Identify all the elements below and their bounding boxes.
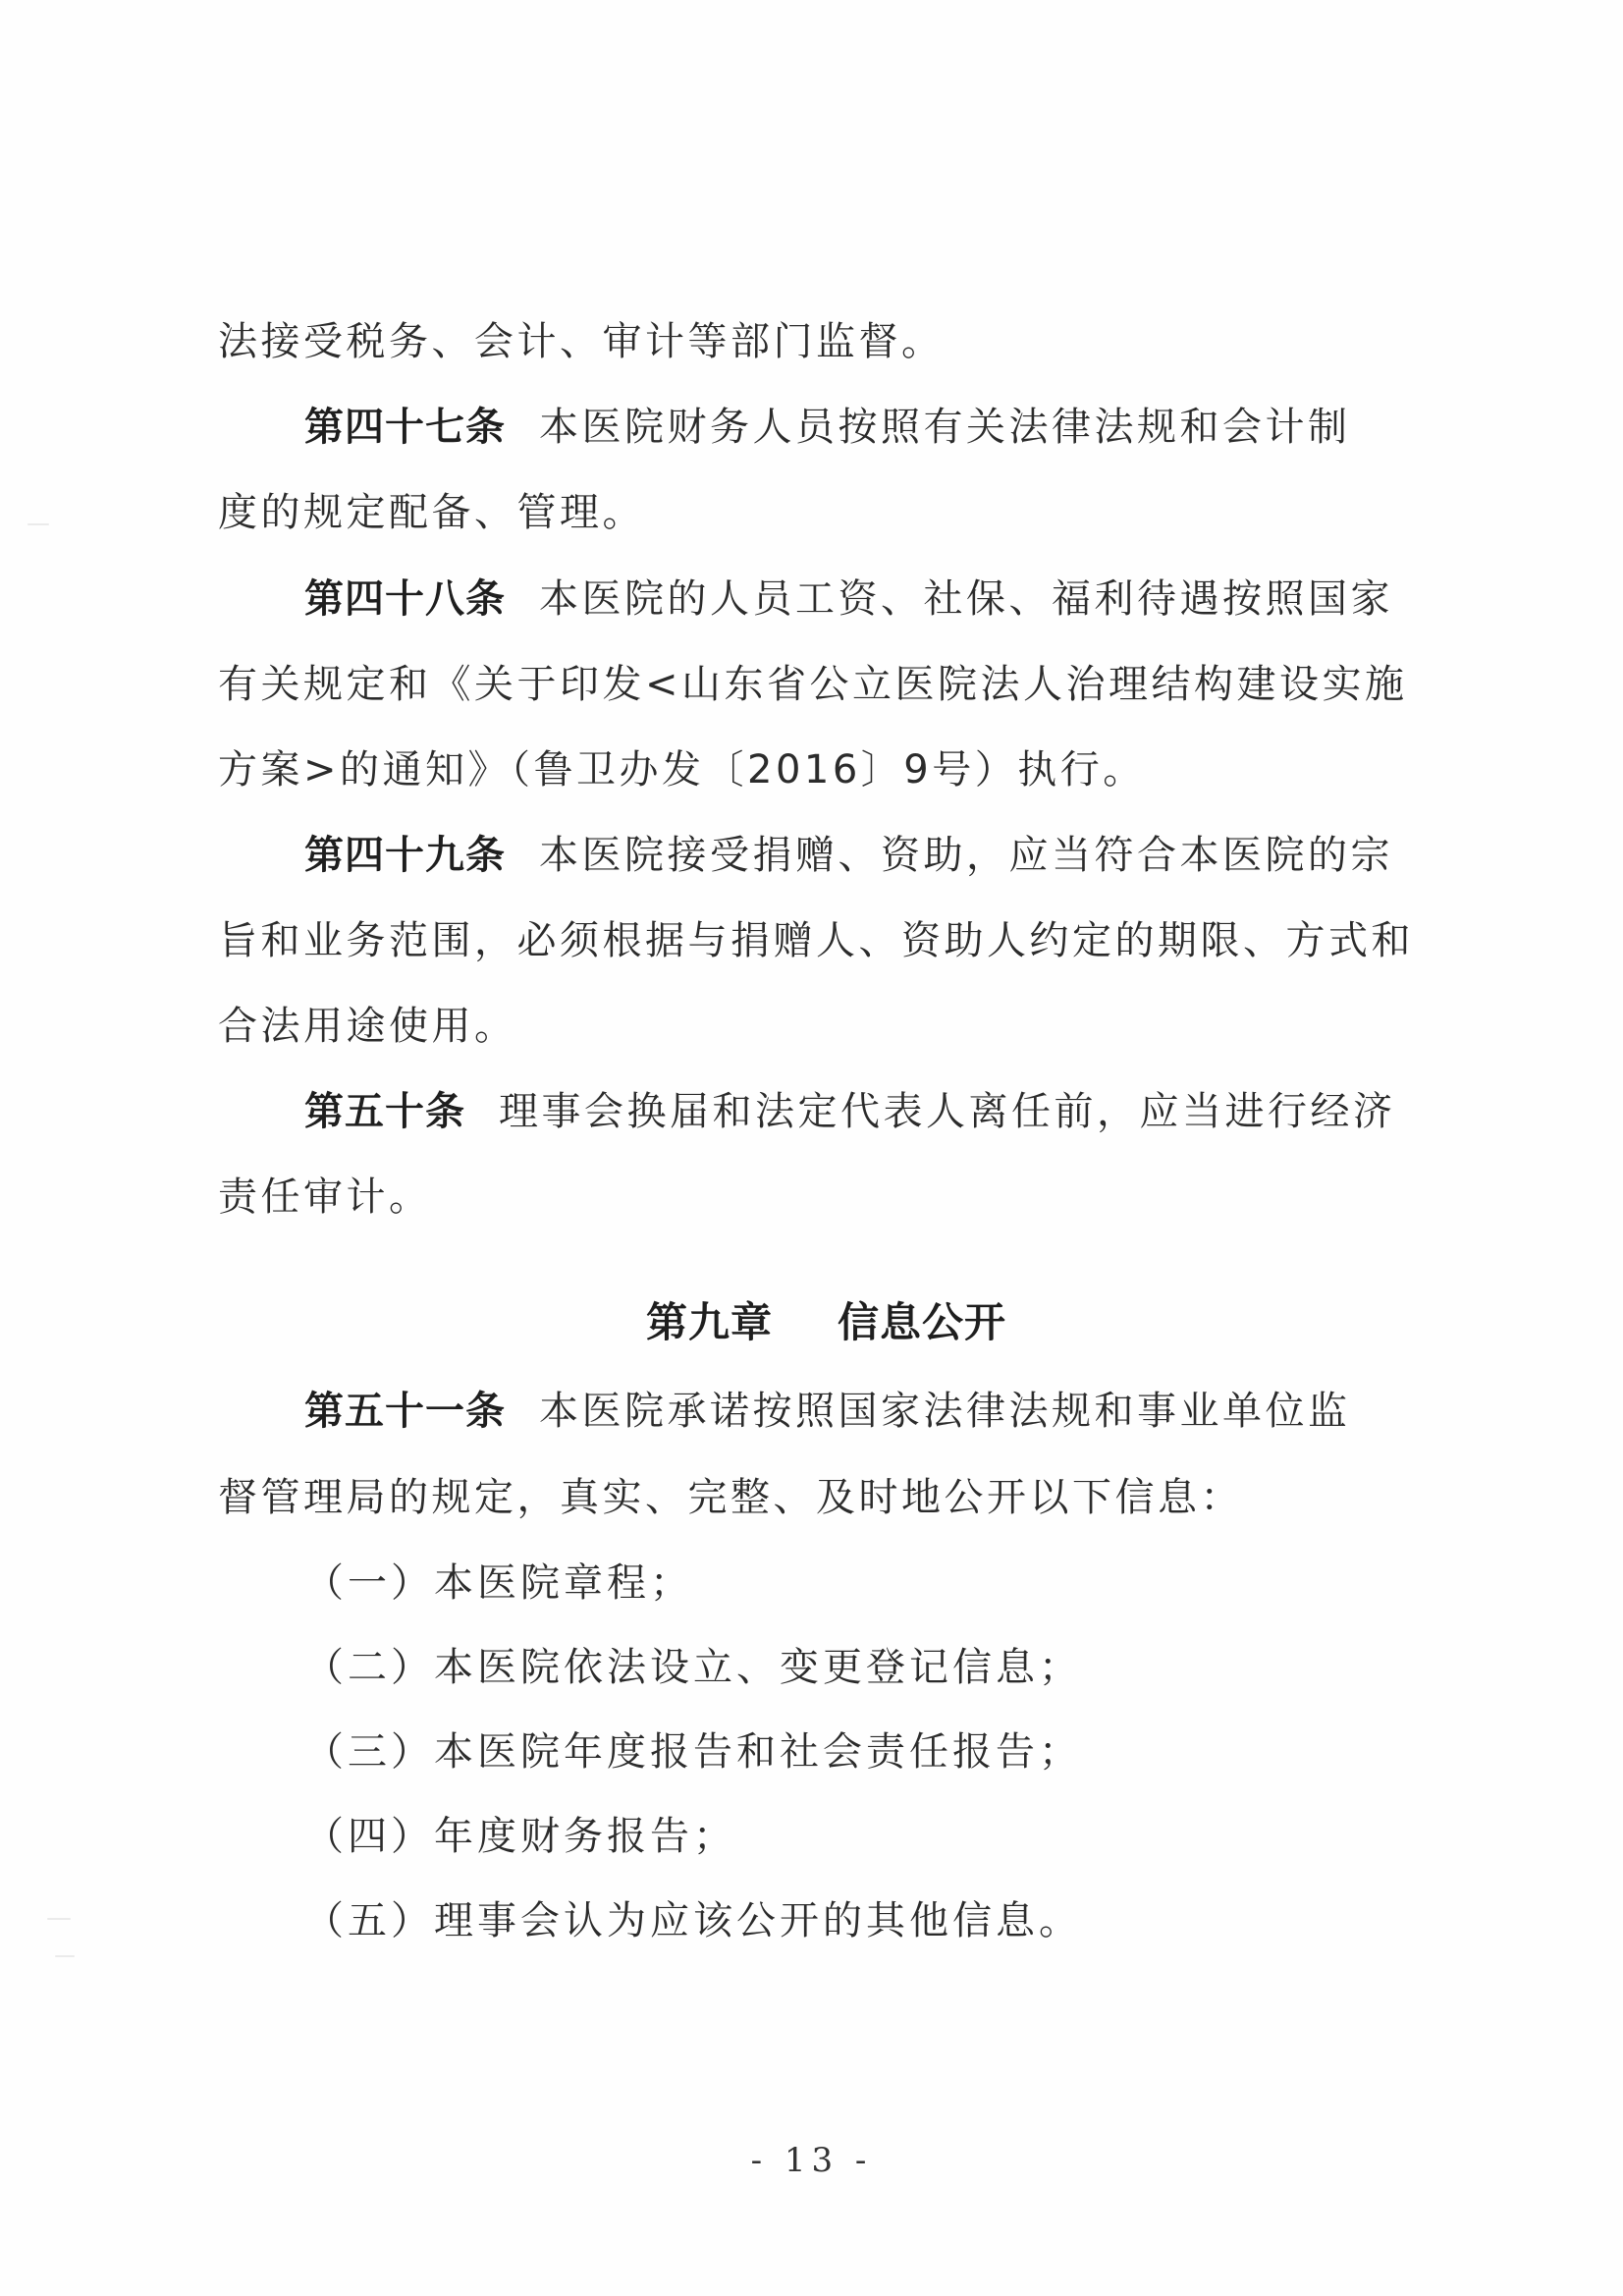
article-number: 第五十一条	[304, 1389, 506, 1434]
body-text: 方案>的通知》（鲁卫办发〔2016〕9号）执行。	[218, 747, 1146, 793]
body-text: 合法用途使用。	[218, 1004, 517, 1049]
article-50: 第五十条理事会换届和法定代表人离任前，应当进行经济	[304, 1090, 1522, 1133]
list-item: （一）本医院章程；	[304, 1561, 1522, 1605]
chapter-title: 信息公开	[838, 1298, 1006, 1346]
body-text: 责任审计。	[218, 1175, 432, 1220]
paragraph-line: 度的规定配备、管理。	[218, 491, 1435, 534]
chapter-heading: 第九章信息公开	[0, 1300, 1623, 1345]
scan-artifact	[27, 523, 49, 525]
chapter-number: 第九章	[646, 1298, 773, 1346]
paragraph-line: 法接受税务、会计、审计等部门监督。	[218, 320, 1435, 363]
article-number: 第四十九条	[304, 833, 506, 878]
article-49: 第四十九条本医院接受捐赠、资助，应当符合本医院的宗	[304, 834, 1522, 877]
list-item: （五）理事会认为应该公开的其他信息。	[304, 1899, 1522, 1942]
document-page: 法接受税务、会计、审计等部门监督。 第四十七条本医院财务人员按照有关法律法规和会…	[0, 0, 1623, 2296]
body-text: 度的规定配备、管理。	[218, 490, 645, 535]
article-47: 第四十七条本医院财务人员按照有关法律法规和会计制	[304, 406, 1522, 449]
article-number: 第四十八条	[304, 576, 506, 622]
body-text: 本医院财务人员按照有关法律法规和会计制	[539, 405, 1351, 450]
body-text: 有关规定和《关于印发<山东省公立医院法人治理结构建设实施	[218, 662, 1408, 707]
paragraph-line: 旨和业务范围，必须根据与捐赠人、资助人约定的期限、方式和	[218, 919, 1435, 962]
body-text: 理事会换届和法定代表人离任前，应当进行经济	[499, 1089, 1396, 1134]
article-48: 第四十八条本医院的人员工资、社保、福利待遇按照国家	[304, 577, 1522, 621]
paragraph-line: 有关规定和《关于印发<山东省公立医院法人治理结构建设实施	[218, 663, 1435, 706]
article-51: 第五十一条本医院承诺按照国家法律法规和事业单位监	[304, 1390, 1522, 1433]
scan-artifact	[47, 1918, 71, 1920]
body-text: 法接受税务、会计、审计等部门监督。	[218, 319, 945, 364]
body-text: 本医院承诺按照国家法律法规和事业单位监	[539, 1389, 1351, 1434]
page-number: - 13 -	[0, 2141, 1623, 2180]
list-item: （四）年度财务报告；	[304, 1815, 1522, 1858]
paragraph-line: 方案>的通知》（鲁卫办发〔2016〕9号）执行。	[218, 748, 1435, 792]
paragraph-line: 督管理局的规定，真实、完整、及时地公开以下信息：	[218, 1476, 1435, 1519]
article-number: 第五十条	[304, 1089, 465, 1134]
body-text: 旨和业务范围，必须根据与捐赠人、资助人约定的期限、方式和	[218, 918, 1414, 963]
scan-artifact	[55, 1955, 75, 1957]
body-text: 本医院的人员工资、社保、福利待遇按照国家	[539, 576, 1393, 622]
article-number: 第四十七条	[304, 405, 506, 450]
list-item: （二）本医院依法设立、变更登记信息；	[304, 1646, 1522, 1689]
paragraph-line: 合法用途使用。	[218, 1005, 1435, 1048]
list-item: （三）本医院年度报告和社会责任报告；	[304, 1730, 1522, 1774]
paragraph-line: 责任审计。	[218, 1175, 1435, 1219]
body-text: 督管理局的规定，真实、完整、及时地公开以下信息：	[218, 1475, 1243, 1520]
body-text: 本医院接受捐赠、资助，应当符合本医院的宗	[539, 833, 1393, 878]
